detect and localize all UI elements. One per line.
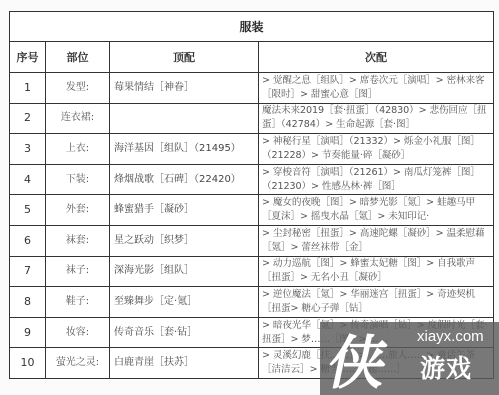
cell-no: 3 [10, 134, 46, 165]
cell-top: 蜂蜜猎手［凝砂］ [110, 195, 259, 226]
cell-secondary: > 觉醒之息［组队］> 席卷次元［演唱］> 密林来客［限时］> 甜蜜心意［图］ [259, 73, 494, 104]
table-title: 服装 [10, 12, 494, 42]
cell-part: 鞋子: [46, 287, 110, 318]
watermark-logo-icon: 侠 [321, 316, 397, 395]
table-title-row: 服装 [10, 12, 494, 42]
cell-top: 深海光影［组队］ [110, 256, 259, 287]
table-row: 1 发型: 莓果情结［神眷］ > 觉醒之息［组队］> 席卷次元［演唱］> 密林来… [10, 73, 494, 104]
cell-no: 4 [10, 164, 46, 195]
cell-part: 上衣: [46, 134, 110, 165]
watermark-name: 游戏 [420, 349, 472, 385]
cell-part: 萤光之灵: [46, 348, 110, 379]
table-row: 5 外套: 蜂蜜猎手［凝砂］ > 魔女的夜晚［图］> 暗梦光影［氪］> 蛙趣马甲… [10, 195, 494, 226]
cell-part: 妆容: [46, 317, 110, 348]
cell-secondary: > 尘封秘密［扭蛋］> 高速陀螺［凝砂］> 温柔慰藉［氪］> 蕾丝袜带［金］ [259, 225, 494, 256]
cell-no: 6 [10, 225, 46, 256]
cell-no: 2 [10, 103, 46, 134]
table-row: 4 下装: 烽烟战歌［石碑］（22420） > 穿梭音符［演唱］（21261）>… [10, 164, 494, 195]
cell-secondary: > 逆位魔法［氪］> 华丽迷宫［扭蛋］> 奇迹契机［扭蛋> 糖心子弹［钻］ [259, 287, 494, 318]
cell-part: 外套: [46, 195, 110, 226]
cell-secondary: > 神秘行星［演唱］（21332）> 烁金小礼服［图］（21228）> 节奏能量… [259, 134, 494, 165]
cell-top: 传奇音乐［套·钻］ [110, 317, 259, 348]
header-no: 序号 [10, 42, 46, 73]
table-header-row: 序号 部位 顶配 次配 [10, 42, 494, 73]
cell-no: 8 [10, 287, 46, 318]
cell-no: 9 [10, 317, 46, 348]
cell-no: 5 [10, 195, 46, 226]
watermark-url: xiayx.com [417, 328, 484, 345]
site-watermark: 侠 xiayx.com 游戏 [320, 322, 499, 395]
cell-top: 莓果情结［神眷］ [110, 73, 259, 104]
cell-no: 7 [10, 256, 46, 287]
cell-no: 1 [10, 73, 46, 104]
header-top: 顶配 [110, 42, 259, 73]
cell-no: 10 [10, 348, 46, 379]
cell-part: 连衣裙: [46, 103, 110, 134]
cell-top: 白鹿青崖［扶苏］ [110, 348, 259, 379]
cell-top: 烽烟战歌［石碑］（22420） [110, 164, 259, 195]
table-row: 7 袜子: 深海光影［组队］ > 动力巡航［图］> 蜂蜜太妃糖［图］> 自我歌声… [10, 256, 494, 287]
cell-top: 至臻舞步［定·氪］ [110, 287, 259, 318]
cell-secondary: > 魔女的夜晚［图］> 暗梦光影［氪］> 蛙趣马甲［夏沫］> 摇曳水晶［氪］> … [259, 195, 494, 226]
cell-top [110, 103, 259, 134]
cell-secondary: 魔法未来2019［套·扭蛋］（42830）> 悲伤回应［扭蛋］（42784）> … [259, 103, 494, 134]
table-row: 6 袜套: 星之跃动［织梦］ > 尘封秘密［扭蛋］> 高速陀螺［凝砂］> 温柔慰… [10, 225, 494, 256]
header-part: 部位 [46, 42, 110, 73]
cell-part: 袜套: [46, 225, 110, 256]
table-row: 3 上衣: 海洋基因［组队］（21495） > 神秘行星［演唱］（21332）>… [10, 134, 494, 165]
cell-top: 海洋基因［组队］（21495） [110, 134, 259, 165]
table-row: 8 鞋子: 至臻舞步［定·氪］ > 逆位魔法［氪］> 华丽迷宫［扭蛋］> 奇迹契… [10, 287, 494, 318]
cell-secondary: > 穿梭音符［演唱］（21261）> 南瓜灯笼裤［图］（21230）> 性感丛林… [259, 164, 494, 195]
cell-part: 下装: [46, 164, 110, 195]
cell-secondary: > 动力巡航［图］> 蜂蜜太妃糖［图］> 自我歌声［扭蛋］> 无名小丑［凝砂］ [259, 256, 494, 287]
cell-part: 发型: [46, 73, 110, 104]
cell-top: 星之跃动［织梦］ [110, 225, 259, 256]
table-row: 2 连衣裙: 魔法未来2019［套·扭蛋］（42830）> 悲伤回应［扭蛋］（4… [10, 103, 494, 134]
cell-part: 袜子: [46, 256, 110, 287]
header-secondary: 次配 [259, 42, 494, 73]
